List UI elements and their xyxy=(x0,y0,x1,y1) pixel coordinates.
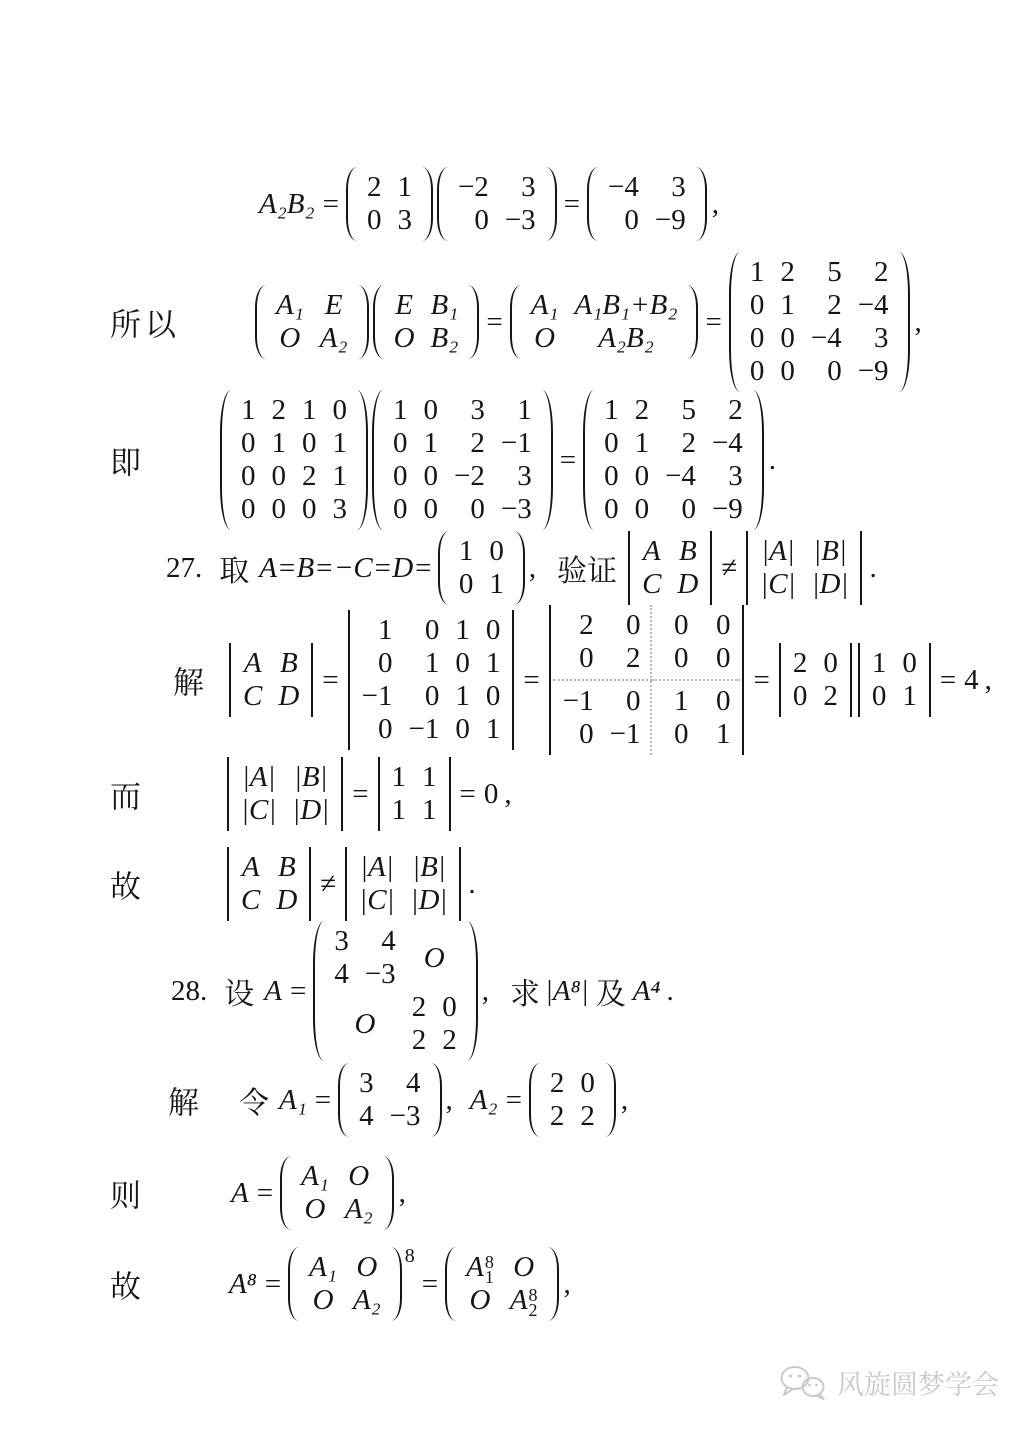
matrix-cell: −4 xyxy=(803,322,850,355)
matrix-cell: 0 xyxy=(451,568,482,601)
left-paren xyxy=(220,390,231,530)
matrix-cell: −1 xyxy=(401,713,448,746)
matrix-cell: −3 xyxy=(382,1100,429,1133)
period: . xyxy=(769,444,776,477)
matrix-cell: 2 xyxy=(404,1024,435,1057)
comma: , xyxy=(564,1268,571,1301)
matrix-body: |A||B||C||D| xyxy=(231,757,339,831)
matrix-cell: O xyxy=(386,322,423,355)
matrix-body: −430−9 xyxy=(598,167,696,241)
matrix-cell: 2 xyxy=(704,394,751,427)
matrix-cell: 0 xyxy=(627,460,658,493)
period: . xyxy=(666,975,673,1008)
equation-therefore: 所以 A₁EOA₂ EB₁OB₂ = A₁A₁B₁+B₂OA₂B₂ = 1252… xyxy=(0,248,1011,396)
matrix-cell: 4 xyxy=(357,925,404,958)
period: . xyxy=(869,552,876,585)
matrix-cell: 0 xyxy=(359,204,390,237)
matrix: 2022 xyxy=(529,1063,616,1137)
matrix-body: ABCD xyxy=(632,531,708,605)
matrix-cell: 1 xyxy=(742,256,773,289)
matrix-cell: A₂ xyxy=(345,1284,389,1317)
matrix: A₁A₁B₁+B₂OA₂B₂ xyxy=(510,285,699,359)
matrix-cell: 2 xyxy=(785,647,816,680)
matrix-cell: |B| xyxy=(403,851,456,884)
conclusion-27: 故 ABCD ≠ |A||B||C||D| . xyxy=(0,840,1011,928)
label-solve: 解 xyxy=(173,658,204,703)
equation-a2b2: A₂B₂ = 2103 −230−3 = −430−9 , xyxy=(0,160,1011,248)
matrix-cell: 0 xyxy=(446,493,493,526)
equals: = xyxy=(352,778,368,811)
determinant: |A||B||C||D| xyxy=(746,531,862,605)
matrix-cell: 4 xyxy=(382,1067,429,1100)
matrix-body: −100−1 xyxy=(553,681,653,755)
footer-watermark: 风旋圆梦学会 xyxy=(778,1363,999,1402)
matrix-cell: 3 xyxy=(850,322,897,355)
matrix-cell: 3 xyxy=(446,394,493,427)
matrix-cell: 0 xyxy=(416,493,447,526)
matrix-cell: 3 xyxy=(497,171,544,204)
determinant: ABCD xyxy=(229,643,313,717)
matrix-cell: 0 xyxy=(654,718,696,751)
equals: = xyxy=(265,1268,281,1301)
matrix-cell: 0 xyxy=(447,647,478,680)
brand-text: 风旋圆梦学会 xyxy=(837,1363,999,1402)
determinant: 10100101−10100−101 xyxy=(348,610,515,750)
result-value: 0 xyxy=(484,778,499,811)
right-paren xyxy=(899,252,910,392)
equals: = xyxy=(460,778,476,811)
matrix-cell: 1 xyxy=(447,680,478,713)
matrix-body: 1031012−100−23000−3 xyxy=(383,390,542,530)
matrix-cell: 0 xyxy=(742,289,773,322)
problem-27: 27. 取 A=B=−C=D= 1001 , 验证 ABCD ≠ |A||B||… xyxy=(0,524,1011,612)
matrix-cell: 0 xyxy=(772,355,803,388)
matrix-cell: −9 xyxy=(850,355,897,388)
matrix-cell: 1 xyxy=(654,685,696,718)
matrix-cell: A81 xyxy=(458,1251,502,1284)
left-paren xyxy=(338,1063,349,1137)
comma: , xyxy=(504,778,511,811)
matrix-body: A₁EOA₂ xyxy=(266,285,358,359)
matrix-cell: A₂ xyxy=(337,1193,381,1226)
matrix: 1252012−400−43000−9 xyxy=(729,252,910,392)
verify-text: 验证 xyxy=(557,546,617,590)
matrix-body: 2022 xyxy=(540,1063,605,1137)
a4: A⁴ xyxy=(633,975,661,1008)
matrix-cell: −1 xyxy=(354,680,401,713)
formula: A₂B₂ = 2103 −230−3 = −430−9 , xyxy=(256,167,722,241)
matrix-cell: A₂B₂ xyxy=(567,322,686,355)
matrix-cell: −2 xyxy=(446,460,493,493)
matrix-cell: 0 xyxy=(354,713,401,746)
matrix-cell: O xyxy=(502,1251,546,1284)
solution-content: A₂B₂ = 2103 −230−3 = −430−9 , 所以 A₁EOA₂ … xyxy=(0,0,1011,1328)
and-text: 及 xyxy=(596,969,626,1013)
matrix-cell: −4 xyxy=(850,289,897,322)
matrix: A₁EOA₂ xyxy=(255,285,369,359)
a-base: A xyxy=(510,1284,528,1317)
formula: A₁EOA₂ EB₁OB₂ = A₁A₁B₁+B₂OA₂B₂ = 1252012… xyxy=(253,252,925,392)
matrix-cell: 1 xyxy=(451,535,482,568)
equals: = xyxy=(560,444,576,477)
matrix: A₁OOA₂ xyxy=(280,1156,394,1230)
matrix-cell: 2 xyxy=(404,991,435,1024)
formula: 28. 设 A = 344−3 O O 2022 , 求 |A⁸| xyxy=(168,921,677,1061)
equals: = xyxy=(753,664,769,697)
label-therefore: 所以 xyxy=(110,300,180,345)
left-paren xyxy=(288,1247,299,1321)
matrix: −430−9 xyxy=(587,167,707,241)
right-paren xyxy=(696,167,707,241)
matrix-cell: |C| xyxy=(752,568,803,601)
matrix-cell: 0 xyxy=(325,394,356,427)
matrix-cell: 3 xyxy=(493,460,540,493)
matrix-cell: 4 xyxy=(351,1100,382,1133)
matrix-cell: 2 xyxy=(359,171,390,204)
right-paren xyxy=(514,531,525,605)
matrix-cell: A₂ xyxy=(312,322,356,355)
right-paren xyxy=(605,1063,616,1137)
matrix-cell: 2 xyxy=(803,289,850,322)
matrix-cell: C xyxy=(235,680,270,713)
matrix-cell: E xyxy=(386,289,423,322)
left-paren xyxy=(373,285,384,359)
equals: = xyxy=(705,306,721,339)
matrix-cell: 0 xyxy=(654,609,696,642)
block-grid: 344−3 O O 2022 xyxy=(324,921,466,1061)
matrix: A81 O O A82 xyxy=(445,1247,558,1321)
left-paren xyxy=(372,390,383,530)
matrix-cell: A82 xyxy=(502,1284,546,1317)
matrix-cell: 1 xyxy=(772,289,803,322)
matrix-body: 1001 xyxy=(862,643,927,717)
not-equals: ≠ xyxy=(721,552,737,585)
matrix-body: 1111 xyxy=(382,757,447,831)
solution-27: 解 ABCD = 10100101−10100−101 = 2002 0000 … xyxy=(0,612,1011,748)
comma: , xyxy=(529,552,536,585)
matrix-body: ABCD xyxy=(231,847,307,921)
matrix-cell: 0 xyxy=(742,322,773,355)
matrix-cell: 2 xyxy=(772,256,803,289)
matrix-cell: D xyxy=(669,568,706,601)
matrix-cell: 0 xyxy=(602,609,649,642)
matrix-body: 0000 xyxy=(652,605,740,681)
left-paren xyxy=(438,531,449,605)
lhs-a: A xyxy=(264,975,282,1008)
determinant: 2002 xyxy=(779,643,852,717)
matrix-cell: −4 xyxy=(704,427,751,460)
matrix-cell: 3 xyxy=(704,460,751,493)
problem-number: 27. xyxy=(166,552,202,585)
matrix: 1210010100210003 xyxy=(220,390,368,530)
matrix-cell: 1 xyxy=(264,427,295,460)
matrix-cell: 1 xyxy=(325,460,356,493)
matrix-cell: 2 xyxy=(446,427,493,460)
matrix-cell: 1 xyxy=(385,394,416,427)
matrix-cell: 1 xyxy=(478,647,509,680)
matrix-cell: O xyxy=(345,1251,389,1284)
matrix-body: A81 O O A82 xyxy=(456,1247,547,1321)
matrix-body: 1252012−400−43000−9 xyxy=(594,390,753,530)
left-paren xyxy=(255,285,266,359)
matrix: −230−3 xyxy=(437,167,557,241)
matrix-cell: 0 xyxy=(294,427,325,460)
comma: , xyxy=(399,1177,406,1210)
matrix-cell: 0 xyxy=(696,685,738,718)
matrix-cell: O xyxy=(268,322,312,355)
formula: |A||B||C||D| = 1111 = 0 , xyxy=(223,757,515,831)
sup-sub: 81 xyxy=(485,1255,494,1285)
left-paren xyxy=(583,390,594,530)
matrix-cell: |A| xyxy=(233,761,284,794)
matrix-cell: 0 xyxy=(478,680,509,713)
matrix-cell: 0 xyxy=(416,394,447,427)
matrix-cell: 0 xyxy=(416,460,447,493)
formula: ABCD ≠ |A||B||C||D| . xyxy=(223,847,479,921)
right-paren xyxy=(467,921,478,1061)
partitioned-determinant: 2002 0000 −100−1 1001 xyxy=(549,605,745,755)
matrix-cell: 0 xyxy=(401,614,448,647)
not-equals: ≠ xyxy=(320,868,336,901)
problem-28: 28. 设 A = 344−3 O O 2022 , 求 |A⁸| xyxy=(0,928,1011,1054)
determinant: |A||B||C||D| xyxy=(345,847,461,921)
comma: , xyxy=(482,975,489,1008)
matrix-cell: 0 xyxy=(264,460,295,493)
sub: 1 xyxy=(485,1270,494,1285)
matrix-cell: D xyxy=(270,680,307,713)
matrix-cell: 0 xyxy=(602,685,649,718)
equals: = xyxy=(564,188,580,221)
matrix-cell: 3 xyxy=(351,1067,382,1100)
comma: , xyxy=(621,1084,628,1117)
equals: = xyxy=(315,1084,331,1117)
matrix-cell: 0 xyxy=(772,322,803,355)
matrix-cell: 1 xyxy=(233,394,264,427)
equation-then: 则 A = A₁OOA₂ , xyxy=(0,1146,1011,1240)
partition-grid: 2002 0000 −100−1 1001 xyxy=(553,605,741,755)
matrix-cell: −3 xyxy=(357,958,404,991)
matrix-cell: 0 xyxy=(600,204,647,237)
zero-block: O xyxy=(404,925,465,991)
comma: , xyxy=(712,188,719,221)
matrix-cell: 0 xyxy=(401,680,448,713)
matrix-cell: A₁ xyxy=(523,289,567,322)
take-text: 取 xyxy=(219,546,249,590)
matrix-cell: 1 xyxy=(481,568,512,601)
determinant: ABCD xyxy=(227,847,311,921)
matrix-cell: 0 xyxy=(596,493,627,526)
equals: = xyxy=(257,1177,273,1210)
matrix-cell: 2 xyxy=(555,609,602,642)
matrix-cell: A₁ xyxy=(268,289,312,322)
matrix-cell: 2 xyxy=(602,642,649,675)
matrix-cell: 0 xyxy=(294,493,325,526)
matrix-cell: 2 xyxy=(434,1024,465,1057)
matrix-cell: −1 xyxy=(555,685,602,718)
matrix: A₁OOA₂ xyxy=(288,1247,402,1321)
matrix: EB₁OB₂ xyxy=(373,285,480,359)
label-then: 则 xyxy=(110,1171,145,1216)
matrix-cell: B xyxy=(270,647,307,680)
matrix-cell: 0 xyxy=(555,718,602,751)
equals: = xyxy=(322,664,338,697)
matrix-cell: O xyxy=(458,1284,502,1317)
matrix-cell: 2 xyxy=(264,394,295,427)
matrix-body: 2022 xyxy=(404,991,465,1057)
solution-28: 解 令 A₁ = 344−3 , A₂ = 2022 , xyxy=(0,1054,1011,1146)
matrix-cell: 0 xyxy=(481,535,512,568)
matrix-cell: B₁ xyxy=(423,289,467,322)
formula: 1210010100210003 1031012−100−23000−3 = 1… xyxy=(218,390,779,530)
formula: 27. 取 A=B=−C=D= 1001 , 验证 ABCD ≠ |A||B||… xyxy=(163,531,880,605)
matrix-cell: |D| xyxy=(284,794,337,827)
matrix-cell: −3 xyxy=(493,493,540,526)
matrix-body: A₁A₁B₁+B₂OA₂B₂ xyxy=(521,285,688,359)
left-paren xyxy=(587,167,598,241)
matrix-cell: O xyxy=(523,322,567,355)
determinant: 1111 xyxy=(378,757,451,831)
matrix-body: ABCD xyxy=(233,643,309,717)
matrix-cell: 0 xyxy=(572,1067,603,1100)
matrix-cell: 2 xyxy=(627,394,658,427)
label-solve: 解 xyxy=(168,1078,199,1123)
label-namely: 即 xyxy=(110,438,145,483)
lhs-a8: A⁸ xyxy=(229,1268,257,1301)
matrix-cell: 0 xyxy=(894,647,925,680)
matrix-cell: −1 xyxy=(493,427,540,460)
matrix-cell: |D| xyxy=(403,884,456,917)
matrix-cell: 2 xyxy=(572,1100,603,1133)
find-text: 求 xyxy=(510,969,540,1013)
matrix-cell: 3 xyxy=(389,204,420,237)
matrix-cell: |C| xyxy=(233,794,284,827)
matrix-cell: 0 xyxy=(864,680,895,713)
matrix-cell: 1 xyxy=(384,794,415,827)
matrix-body: 1001 xyxy=(652,681,740,755)
determinant: ABCD xyxy=(628,531,712,605)
document-page: A₂B₂ = 2103 −230−3 = −430−9 , 所以 A₁EOA₂ … xyxy=(0,0,1011,1431)
matrix-cell: D xyxy=(268,884,305,917)
matrix-body: 2002 xyxy=(783,643,848,717)
matrix-cell: −3 xyxy=(497,204,544,237)
right-paren xyxy=(687,285,698,359)
left-paren xyxy=(346,167,357,241)
matrix-cell: 0 xyxy=(803,355,850,388)
comma: , xyxy=(985,664,992,697)
matrix: 1252012−400−43000−9 xyxy=(583,390,764,530)
matrix-cell: 0 xyxy=(447,713,478,746)
equals: = xyxy=(323,188,339,221)
left-paren xyxy=(529,1063,540,1137)
matrix-cell: −9 xyxy=(704,493,751,526)
formula: 令 A₁ = 344−3 , A₂ = 2022 , xyxy=(232,1063,631,1137)
matrix-cell: C xyxy=(233,884,268,917)
matrix-cell: 1 xyxy=(627,427,658,460)
matrix-body: EB₁OB₂ xyxy=(384,285,469,359)
matrix-cell: |A| xyxy=(351,851,402,884)
matrix-cell: A₁B₁+B₂ xyxy=(567,289,686,322)
matrix-cell: 2 xyxy=(542,1067,573,1100)
matrix-body: 1210010100210003 xyxy=(231,390,357,530)
determinant: |A||B||C||D| xyxy=(227,757,343,831)
matrix-body: A₁OOA₂ xyxy=(299,1247,391,1321)
matrix-cell: 0 xyxy=(385,493,416,526)
problem-number: 28. xyxy=(171,975,207,1008)
result-value: 4 xyxy=(964,664,979,697)
period: . xyxy=(468,868,475,901)
matrix-cell: 0 xyxy=(385,460,416,493)
equals: = xyxy=(290,975,306,1008)
matrix-cell: 0 xyxy=(233,427,264,460)
matrix-body: 1252012−400−43000−9 xyxy=(740,252,899,392)
exponent-8: 8 xyxy=(405,1245,415,1268)
matrix-cell: |B| xyxy=(284,761,337,794)
matrix-cell: E xyxy=(312,289,356,322)
matrix-cell: 4 xyxy=(326,958,357,991)
matrix-body: 2103 xyxy=(357,167,422,241)
right-paren xyxy=(358,285,369,359)
matrix: 344−3 xyxy=(338,1063,441,1137)
matrix-cell: |C| xyxy=(351,884,402,917)
a-base: A xyxy=(466,1251,484,1284)
equals: = xyxy=(506,1084,522,1117)
matrix-cell: 0 xyxy=(596,460,627,493)
matrix-cell: |D| xyxy=(804,568,857,601)
matrix-cell: 1 xyxy=(389,171,420,204)
equals: = xyxy=(523,664,539,697)
matrix-cell: 0 xyxy=(450,204,497,237)
matrix-body: |A||B||C||D| xyxy=(349,847,457,921)
identity-matrix: 1001 xyxy=(438,531,525,605)
left-paren xyxy=(313,921,324,1061)
label-thus: 故 xyxy=(110,862,145,907)
matrix-cell: |A| xyxy=(752,535,803,568)
matrix-cell: O xyxy=(293,1193,337,1226)
matrix-cell: A₁ xyxy=(301,1251,345,1284)
matrix-cell: 1 xyxy=(478,713,509,746)
matrix-cell: A xyxy=(233,851,268,884)
matrix-cell: 3 xyxy=(326,925,357,958)
left-paren xyxy=(437,167,448,241)
conclusion-28: 故 A⁸ = A₁OOA₂ 8 = A81 O O A82 xyxy=(0,1240,1011,1328)
matrix-body: 344−3 xyxy=(349,1063,430,1137)
matrix-cell: 2 xyxy=(850,256,897,289)
equals: = xyxy=(422,1268,438,1301)
right-paren xyxy=(546,167,557,241)
right-paren xyxy=(357,390,368,530)
matrix-cell: 0 xyxy=(627,493,658,526)
matrix-cell: 0 xyxy=(555,642,602,675)
matrix-cell: C xyxy=(634,568,669,601)
determinant: 1001 xyxy=(858,643,931,717)
matrix-cell: A₁ xyxy=(293,1160,337,1193)
comma: , xyxy=(915,306,922,339)
label-thus: 故 xyxy=(110,1262,145,1307)
abs-a8: |A⁸| xyxy=(545,975,589,1008)
right-paren xyxy=(753,390,764,530)
matrix-cell: 0 xyxy=(785,680,816,713)
equals: = xyxy=(940,664,956,697)
matrix-cell: 0 xyxy=(233,460,264,493)
matrix-cell: O xyxy=(301,1284,345,1317)
matrix-cell: 3 xyxy=(325,493,356,526)
matrix-cell: 5 xyxy=(803,256,850,289)
matrix-cell: 1 xyxy=(414,761,445,794)
matrix-cell: 5 xyxy=(657,394,704,427)
comma: , xyxy=(446,1084,453,1117)
matrix-cell: 1 xyxy=(354,614,401,647)
matrix-cell: 0 xyxy=(354,647,401,680)
